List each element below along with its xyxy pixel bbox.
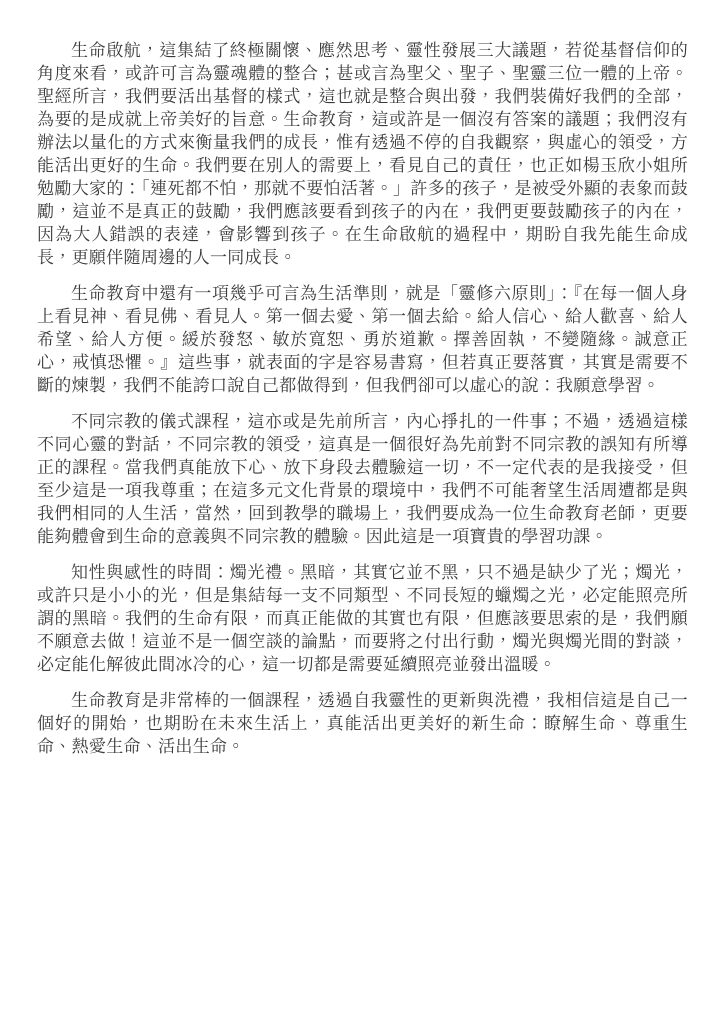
paragraph-candlelight-ceremony: 知性與感性的時間：燭光禮。黑暗，其實它並不黑，只不過是缺少了光；燭光，或許只是小… xyxy=(37,561,688,676)
document-page: 生命啟航，這集結了終極關懷、應然思考、靈性發展三大議題，若從基督信仰的角度來看，… xyxy=(0,0,725,1024)
paragraph-six-principles: 生命教育中還有一項幾乎可言為生活準則，就是「靈修六原則」：『在每一個人身上看見神… xyxy=(37,282,688,397)
paragraph-life-launch: 生命啟航，這集結了終極關懷、應然思考、靈性發展三大議題，若從基督信仰的角度來看，… xyxy=(37,39,688,269)
paragraph-conclusion: 生命教育是非常棒的一個課程，透過自我靈性的更新與洗禮，我相信這是自己一個好的開始… xyxy=(37,689,688,758)
paragraph-religious-rituals: 不同宗教的儀式課程，這亦或是先前所言，內心掙扎的一件事；不過，透過這樣不同心靈的… xyxy=(37,410,688,548)
